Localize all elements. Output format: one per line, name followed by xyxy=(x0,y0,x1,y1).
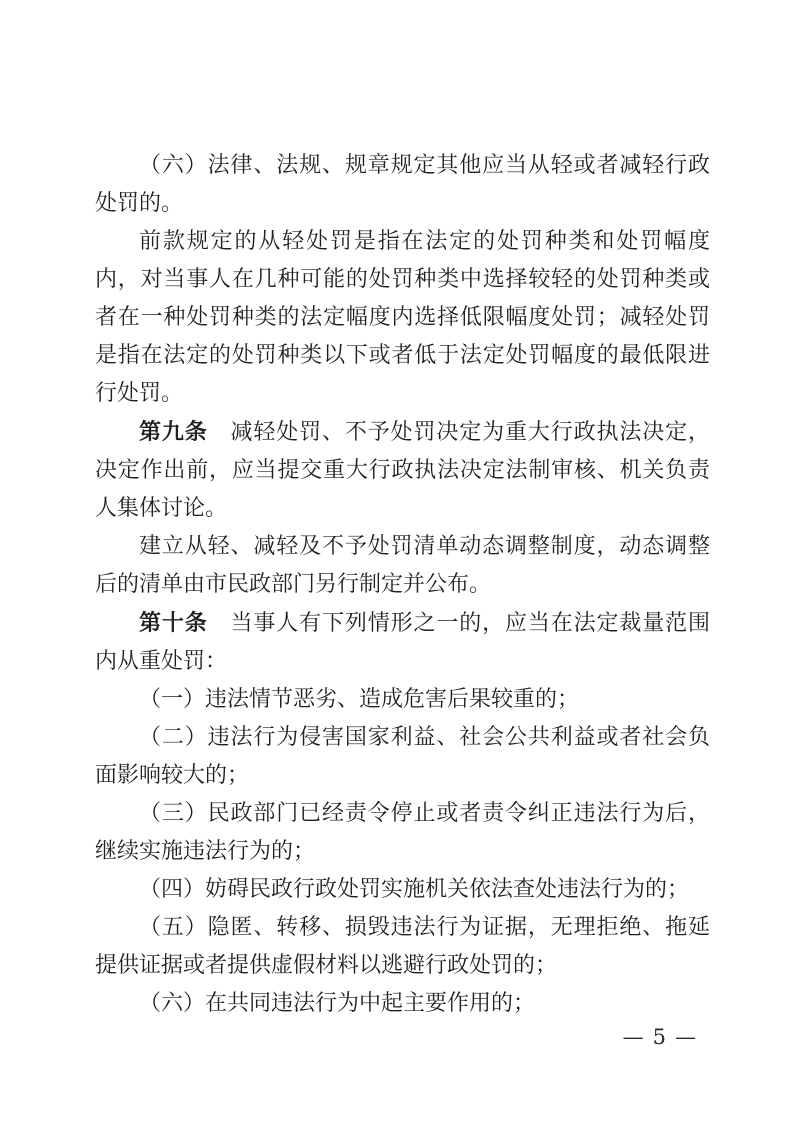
paragraph: （六）法律、法规、规章规定其他应当从轻或者减轻行政处罚的。 xyxy=(95,147,710,223)
paragraph-text: （二）违法行为侵害国家利益、社会公共利益或者社会负面影响较大的； xyxy=(95,725,710,788)
paragraph: 建立从轻、减轻及不予处罚清单动态调整制度，动态调整后的清单由市民政部门另行制定并… xyxy=(95,528,710,604)
paragraph-text: （四）妨碍民政行政处罚实施机关依法查处违法行为的； xyxy=(139,877,689,902)
paragraph-text: （六）在共同违法行为中起主要作用的； xyxy=(139,991,535,1016)
paragraph: （六）在共同违法行为中起主要作用的； xyxy=(95,985,710,1023)
article-number: 第九条 xyxy=(139,419,208,445)
paragraph-text: 前款规定的从轻处罚是指在法定的处罚种类和处罚幅度内，对当事人在几种可能的处罚种类… xyxy=(95,229,710,406)
article-number: 第十条 xyxy=(139,610,208,636)
paragraph-text: （三）民政部门已经责令停止或者责令纠正违法行为后，继续实施违法行为的； xyxy=(95,801,710,864)
document-page: （六）法律、法规、规章规定其他应当从轻或者减轻行政处罚的。 前款规定的从轻处罚是… xyxy=(0,0,800,1131)
page-number-dash-left: — xyxy=(623,1025,644,1049)
paragraph: （一）违法情节恶劣、造成危害后果较重的； xyxy=(95,681,710,719)
paragraph: 第九条 减轻处罚、不予处罚决定为重大行政执法决定，决定作出前，应当提交重大行政执… xyxy=(95,413,710,528)
page-footer: —5— xyxy=(623,1022,696,1052)
paragraph-text: （一）违法情节恶劣、造成危害后果较重的； xyxy=(139,687,579,712)
paragraph: （五）隐匿、转移、损毁违法行为证据，无理拒绝、拖延提供证据或者提供虚假材料以逃避… xyxy=(95,909,710,985)
paragraph: （二）违法行为侵害国家利益、社会公共利益或者社会负面影响较大的； xyxy=(95,719,710,795)
page-number: 5 xyxy=(653,1022,666,1052)
paragraph: （三）民政部门已经责令停止或者责令纠正违法行为后，继续实施违法行为的； xyxy=(95,795,710,871)
paragraph-text: （五）隐匿、转移、损毁违法行为证据，无理拒绝、拖延提供证据或者提供虚假材料以逃避… xyxy=(95,915,710,978)
paragraph: （四）妨碍民政行政处罚实施机关依法查处违法行为的； xyxy=(95,871,710,909)
paragraph-text: 建立从轻、减轻及不予处罚清单动态调整制度，动态调整后的清单由市民政部门另行制定并… xyxy=(95,534,710,597)
paragraph: 第十条 当事人有下列情形之一的，应当在法定裁量范围内从重处罚： xyxy=(95,604,710,681)
paragraph-text: （六）法律、法规、规章规定其他应当从轻或者减轻行政处罚的。 xyxy=(95,153,710,216)
paragraph: 前款规定的从轻处罚是指在法定的处罚种类和处罚幅度内，对当事人在几种可能的处罚种类… xyxy=(95,223,710,413)
page-number-dash-right: — xyxy=(675,1025,696,1049)
document-body: （六）法律、法规、规章规定其他应当从轻或者减轻行政处罚的。 前款规定的从轻处罚是… xyxy=(95,147,710,1023)
